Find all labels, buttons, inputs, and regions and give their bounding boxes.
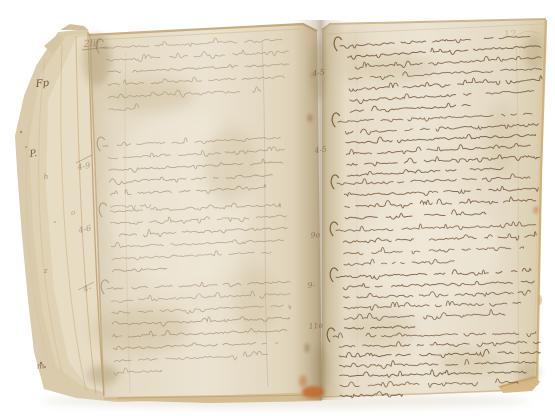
right-margin-mark: 4-5 [313, 144, 327, 155]
book: 2lif 12 4-9 o 4-6 4- 4-5 4-5 9o 9- 11o F… [15, 19, 546, 408]
edge-mark: m [36, 361, 45, 371]
edge-mark: h [43, 173, 48, 181]
right-margin-mark: 11o [308, 321, 323, 331]
edge-mark: Fp [34, 78, 50, 90]
manuscript-photo: 2lif 12 4-9 o 4-6 4- 4-5 4-5 9o 9- 11o F… [0, 0, 555, 416]
book-illustration: 2lif 12 4-9 o 4-6 4- 4-5 4-5 9o 9- 11o F… [0, 0, 555, 416]
right-margin-mark: 9o [310, 230, 321, 240]
right-folio-number: 12 [503, 29, 517, 41]
right-margin-mark: 9- [307, 280, 316, 290]
right-margin-mark: 4-5 [311, 67, 325, 78]
rust-stain [302, 386, 324, 398]
left-margin-mark: o [71, 209, 75, 217]
edge-mark: P. [28, 148, 38, 160]
